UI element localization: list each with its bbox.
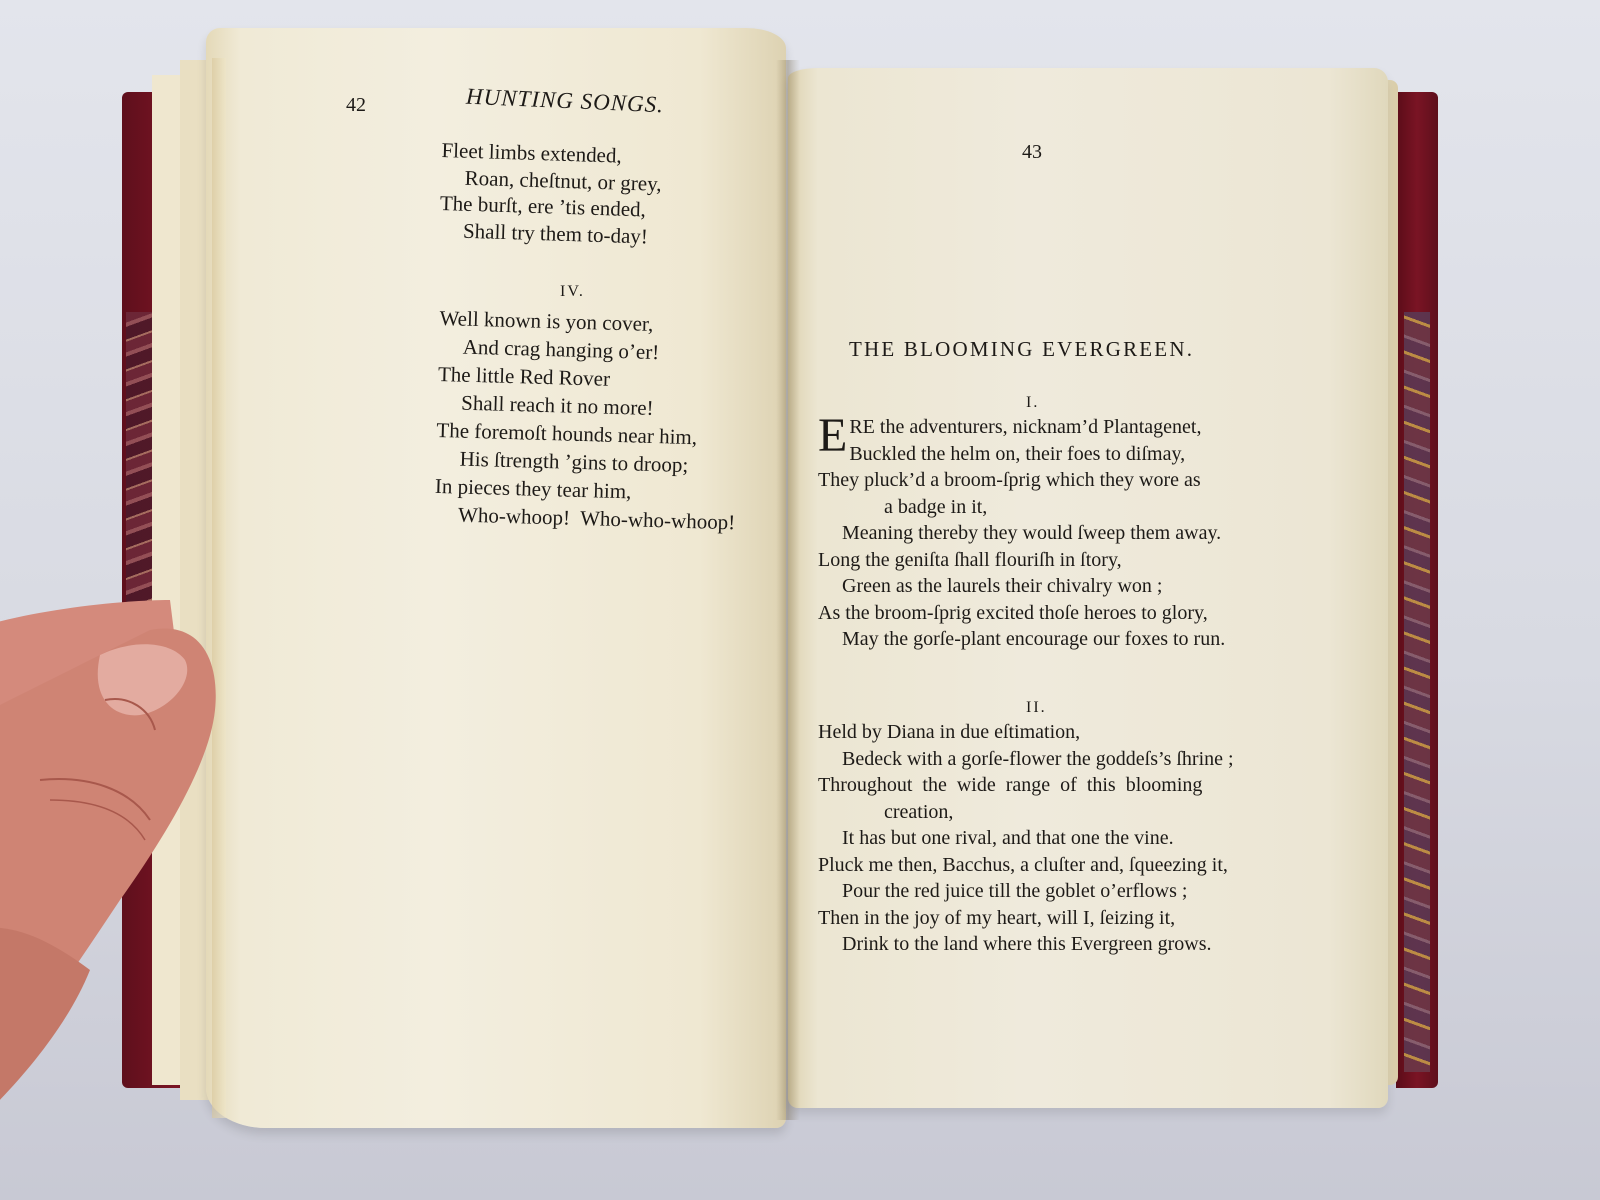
verse-line: Held by Diana in due eſtimation,: [818, 719, 1258, 746]
book-gutter: [776, 60, 800, 1120]
verse-line: May the gorſe-plant encourage our foxes …: [818, 626, 1258, 653]
page-number-right: 43: [1022, 141, 1042, 164]
stanza-number-i: I.: [1026, 394, 1039, 412]
verse-line: Then in the joy of my heart, will I, ſei…: [818, 905, 1258, 932]
drop-cap: E: [818, 416, 847, 456]
verse-line: It has but one rival, and that one the v…: [818, 825, 1258, 852]
verse-line: Long the geniſta ſhall flouriſh in ſtory…: [818, 547, 1258, 574]
stanza-iv: Well known is yon cover, And crag hangin…: [434, 304, 741, 536]
stanza-number-iv: IV.: [560, 283, 585, 301]
stanza-ii: Held by Diana in due eſtimation, Bedeck …: [818, 719, 1258, 958]
verse-line: Throughout the wide range of this bloomi…: [818, 772, 1258, 799]
photo-scene: 42 HUNTING SONGS. Fleet limbs extended, …: [0, 0, 1600, 1200]
verse-line: Green as the laurels their chivalry won …: [818, 573, 1258, 600]
hand-holding-book: [0, 600, 260, 1120]
verse-line: Drink to the land where this Evergreen g…: [818, 931, 1258, 958]
page-number-left: 42: [346, 94, 366, 117]
verse-line: They pluck’d a broom-ſprig which they wo…: [818, 467, 1258, 494]
verse-line: RE the adventurers, nicknam’d Plantagene…: [818, 414, 1258, 441]
verse-line: a badge in it,: [818, 494, 1258, 521]
verse-line: Meaning thereby they would ſweep them aw…: [818, 520, 1258, 547]
book-cover-right: [1396, 92, 1438, 1088]
verse-line: Bedeck with a gorſe-flower the goddeſs’s…: [818, 746, 1258, 773]
marbled-endpaper-right: [1404, 312, 1430, 1072]
stanza-number-ii: II.: [1026, 699, 1047, 717]
verse-line: Pour the red juice till the goblet o’erf…: [818, 878, 1258, 905]
stanza-i: E RE the adventurers, nicknam’d Plantage…: [818, 414, 1258, 653]
stanza-iii-end: Fleet limbs extended, Roan, cheſtnut, or…: [439, 137, 663, 250]
verse-line: creation,: [818, 799, 1258, 826]
verse-line: Pluck me then, Bacchus, a cluſter and, ſ…: [818, 852, 1258, 879]
poem-title: THE BLOOMING EVERGREEN.: [849, 337, 1194, 362]
verse-line: As the broom-ſprig excited thoſe heroes …: [818, 600, 1258, 627]
verse-line: Buckled the helm on, their foes to diſma…: [818, 441, 1258, 468]
